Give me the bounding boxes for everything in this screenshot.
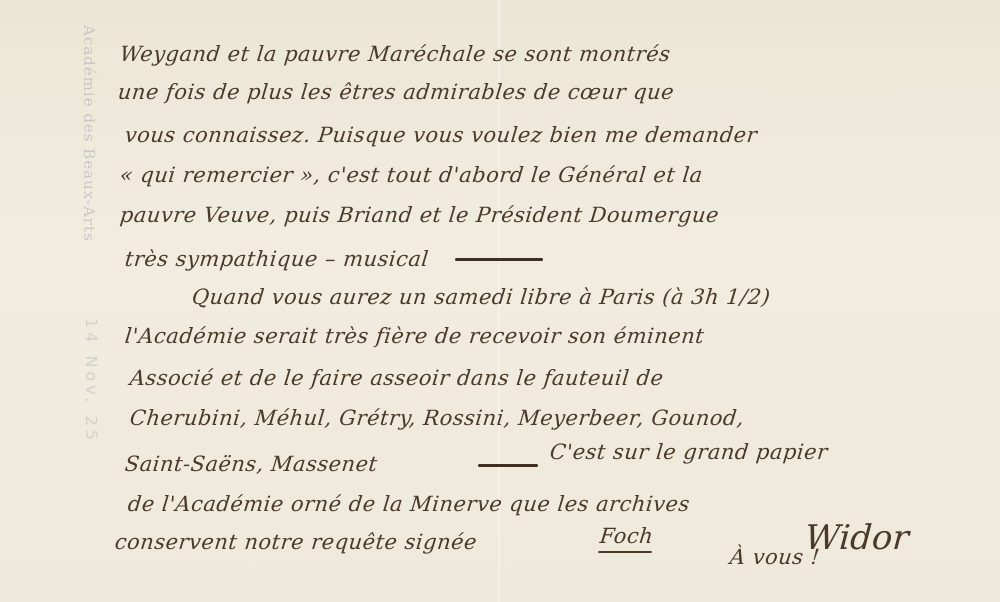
letter-line-11: Saint-Saëns, Massenet <box>124 452 379 476</box>
signature: Widor <box>804 518 911 558</box>
letter-line-7: Quand vous aurez un samedi libre à Paris… <box>191 285 772 309</box>
letter-line-1: Weygand et la pauvre Maréchale se sont m… <box>119 42 672 66</box>
show-through-date: 14 Nov. 25 <box>82 318 101 444</box>
letter-line-4: « qui remercier », c'est tout d'abord le… <box>119 163 704 187</box>
dash-after-musical <box>455 258 543 261</box>
letter-line-10: Cherubini, Méhul, Grétry, Rossini, Meyer… <box>129 406 746 430</box>
letter-line-5: pauvre Veuve, puis Briand et le Présiden… <box>119 203 721 227</box>
letter-line-6: très sympathique – musical <box>124 247 430 271</box>
letter-line-13: de l'Académie orné de la Minerve que les… <box>127 492 691 516</box>
letter-line-12: C'est sur le grand papier <box>549 440 829 464</box>
letter-line-14: conservent notre requête signée <box>114 530 479 554</box>
show-through-letterhead: Académie des Beaux-Arts <box>80 25 98 242</box>
letter-line-9: Associé et de le faire asseoir dans le f… <box>129 366 665 390</box>
letter-line-8: l'Académie serait très fière de recevoir… <box>124 324 706 348</box>
letter-page: Académie des Beaux-Arts 14 Nov. 25 Weyga… <box>0 0 1000 602</box>
letter-line-2: une fois de plus les êtres admirables de… <box>117 80 676 104</box>
letter-line-3: vous connaissez. Puisque vous voulez bie… <box>124 123 759 147</box>
underlined-name-foch: Foch <box>599 524 655 548</box>
dash-after-massenet <box>478 464 538 467</box>
